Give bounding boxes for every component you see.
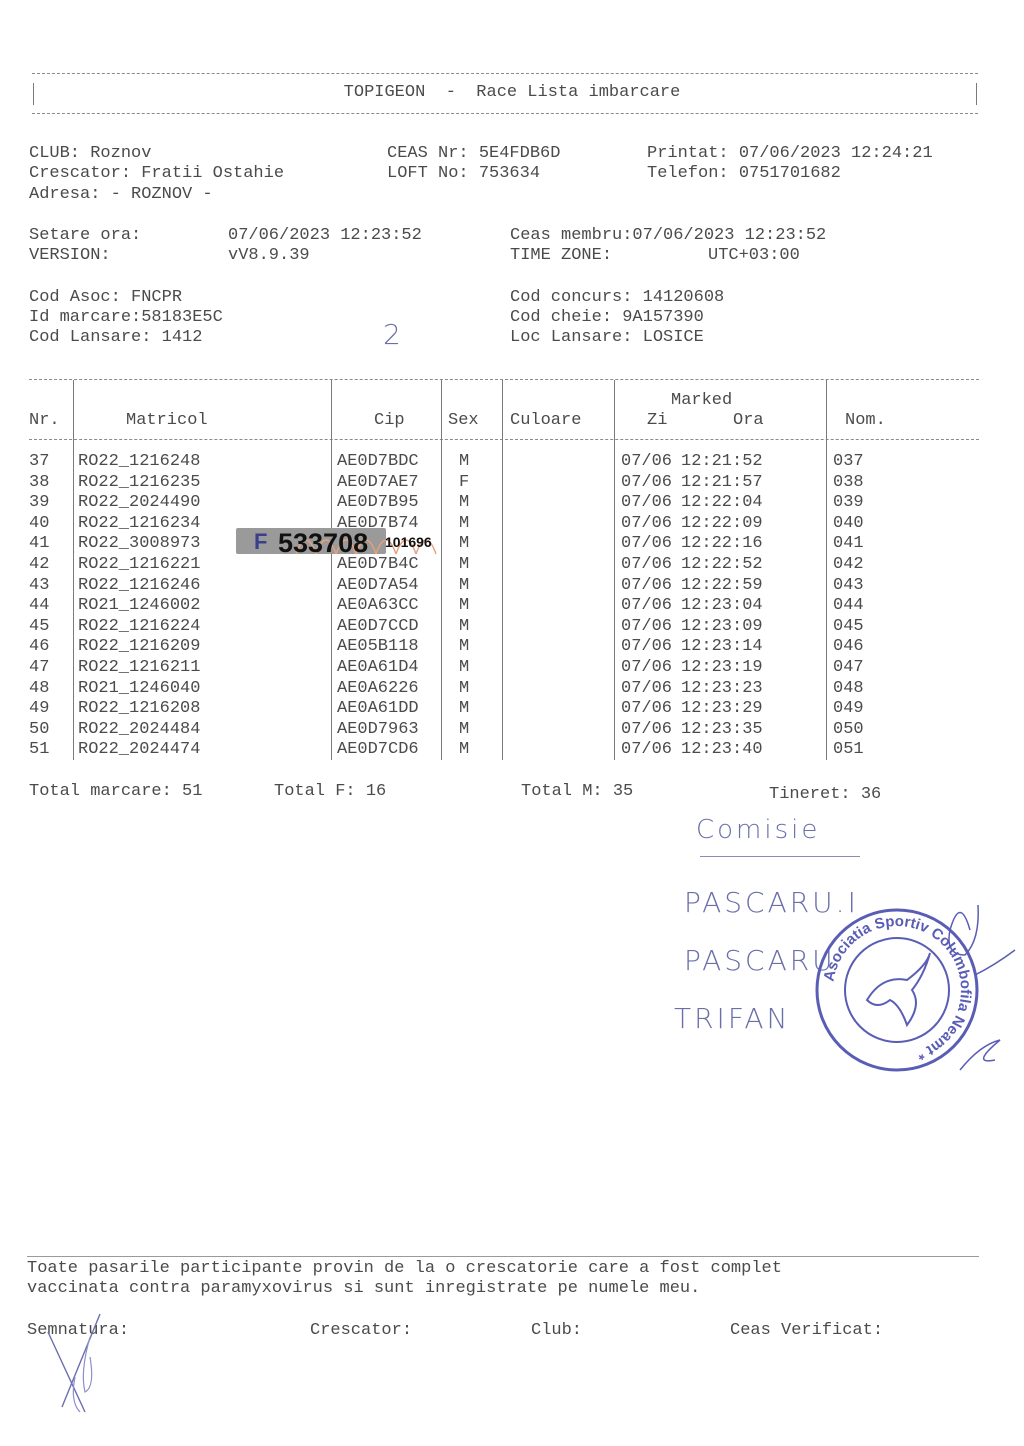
handwritten-mark: 2 bbox=[383, 318, 401, 351]
cod-asoc-label: Cod Asoc: FNCPR bbox=[29, 288, 182, 309]
cell-sex: M bbox=[459, 699, 469, 720]
cell-nr: 42 bbox=[29, 555, 49, 576]
cell-nr: 41 bbox=[29, 534, 49, 555]
cell-matricol: RO21_1246040 bbox=[78, 679, 200, 700]
cell-nom: 050 bbox=[833, 720, 864, 741]
cell-zi: 07/06 bbox=[621, 679, 672, 700]
crescator-label: Crescator: Fratii Ostahie bbox=[29, 164, 284, 185]
document-title: TOPIGEON - Race Lista imbarcare bbox=[0, 83, 1024, 104]
cell-nr: 44 bbox=[29, 596, 49, 617]
cell-cip: AE0D7BDC bbox=[337, 452, 419, 473]
statement-line-1: Toate pasarile participante provin de la… bbox=[27, 1259, 782, 1280]
cell-sex: M bbox=[459, 514, 469, 535]
ceas-nr-label: CEAS Nr: 5E4FDB6D bbox=[387, 144, 560, 165]
cell-ora: 12:22:16 bbox=[681, 534, 763, 555]
loft-no-label: LOFT No: 753634 bbox=[387, 164, 540, 185]
cell-cip: AE0D7963 bbox=[337, 720, 419, 741]
cell-zi: 07/06 bbox=[621, 452, 672, 473]
cell-nr: 51 bbox=[29, 740, 49, 761]
race-ring-sticker: F 533708 101696 bbox=[236, 526, 448, 558]
cell-matricol: RO22_2024484 bbox=[78, 720, 200, 741]
sticker-small-number: 101696 bbox=[385, 534, 432, 550]
cell-matricol: RO22_1216246 bbox=[78, 576, 200, 597]
cell-sex: M bbox=[459, 534, 469, 555]
cell-nom: 041 bbox=[833, 534, 864, 555]
cell-nom: 039 bbox=[833, 493, 864, 514]
cod-lansare-label: Cod Lansare: 1412 bbox=[29, 328, 202, 349]
cell-zi: 07/06 bbox=[621, 493, 672, 514]
cell-ora: 12:22:04 bbox=[681, 493, 763, 514]
cod-concurs-label: Cod concurs: 14120608 bbox=[510, 288, 724, 309]
cell-matricol: RO22_1216248 bbox=[78, 452, 200, 473]
ceas-membru-label: Ceas membru:07/06/2023 12:23:52 bbox=[510, 226, 826, 247]
cell-ora: 12:21:52 bbox=[681, 452, 763, 473]
cell-cip: AE0A61DD bbox=[337, 699, 419, 720]
header-cip: Cip bbox=[374, 411, 405, 432]
cell-cip: AE0A61D4 bbox=[337, 658, 419, 679]
cell-zi: 07/06 bbox=[621, 596, 672, 617]
cell-nom: 047 bbox=[833, 658, 864, 679]
title-box-top-border bbox=[32, 73, 978, 74]
cell-zi: 07/06 bbox=[621, 514, 672, 535]
loc-lansare-label: Loc Lansare: LOSICE bbox=[510, 328, 704, 349]
cell-ora: 12:22:59 bbox=[681, 576, 763, 597]
cell-matricol: RO21_1246002 bbox=[78, 596, 200, 617]
cell-sex: M bbox=[459, 555, 469, 576]
time-zone-value: UTC+03:00 bbox=[708, 246, 800, 267]
cell-sex: M bbox=[459, 740, 469, 761]
cell-nom: 042 bbox=[833, 555, 864, 576]
cell-ora: 12:23:19 bbox=[681, 658, 763, 679]
cell-zi: 07/06 bbox=[621, 720, 672, 741]
cell-ora: 12:23:14 bbox=[681, 637, 763, 658]
cell-zi: 07/06 bbox=[621, 617, 672, 638]
cell-ora: 12:23:04 bbox=[681, 596, 763, 617]
header-matricol: Matricol bbox=[126, 411, 208, 432]
cell-matricol: RO22_1216209 bbox=[78, 637, 200, 658]
column-divider-cip bbox=[441, 380, 442, 760]
cell-matricol: RO22_1216234 bbox=[78, 514, 200, 535]
cell-cip: AE0A63CC bbox=[337, 596, 419, 617]
cell-sex: M bbox=[459, 452, 469, 473]
total-m: Total M: 35 bbox=[521, 782, 633, 803]
cell-nr: 47 bbox=[29, 658, 49, 679]
id-marcare-label: Id marcare:58183E5C bbox=[29, 308, 223, 329]
cell-nr: 40 bbox=[29, 514, 49, 535]
cell-cip: AE0D7CCD bbox=[337, 617, 419, 638]
footer-divider bbox=[27, 1256, 979, 1257]
cell-sex: M bbox=[459, 596, 469, 617]
statement-line-2: vaccinata contra paramyxovirus si sunt i… bbox=[27, 1279, 700, 1300]
crescator-signature-label: Crescator: bbox=[310, 1321, 412, 1342]
header-marked: Marked bbox=[671, 391, 732, 412]
adresa-label: Adresa: - ROZNOV - bbox=[29, 185, 213, 206]
cell-sex: M bbox=[459, 493, 469, 514]
setare-ora-value: 07/06/2023 12:23:52 bbox=[228, 226, 422, 247]
cell-matricol: RO22_1216208 bbox=[78, 699, 200, 720]
cell-nr: 49 bbox=[29, 699, 49, 720]
club-signature-label: Club: bbox=[531, 1321, 582, 1342]
cell-sex: M bbox=[459, 658, 469, 679]
setare-ora-label: Setare ora: bbox=[29, 226, 141, 247]
cell-nr: 39 bbox=[29, 493, 49, 514]
cell-zi: 07/06 bbox=[621, 740, 672, 761]
header-ora: Ora bbox=[733, 411, 764, 432]
cell-zi: 07/06 bbox=[621, 576, 672, 597]
cell-ora: 12:22:09 bbox=[681, 514, 763, 535]
cell-nr: 46 bbox=[29, 637, 49, 658]
commission-heading: Comisie bbox=[696, 815, 820, 845]
cell-nom: 038 bbox=[833, 473, 864, 494]
cell-nom: 049 bbox=[833, 699, 864, 720]
header-zi: Zi bbox=[647, 411, 667, 432]
time-zone-label: TIME ZONE: bbox=[510, 246, 612, 267]
header-sex: Sex bbox=[448, 411, 479, 432]
cell-matricol: RO22_3008973 bbox=[78, 534, 200, 555]
cell-zi: 07/06 bbox=[621, 658, 672, 679]
tineret: Tineret: 36 bbox=[769, 785, 881, 806]
cell-matricol: RO22_2024490 bbox=[78, 493, 200, 514]
cell-sex: F bbox=[459, 473, 469, 494]
cell-matricol: RO22_2024474 bbox=[78, 740, 200, 761]
header-nom: Nom. bbox=[845, 411, 886, 432]
table-header-top-border bbox=[29, 379, 979, 380]
cell-cip: AE0D7A54 bbox=[337, 576, 419, 597]
column-divider-sex bbox=[502, 380, 503, 760]
printat-label: Printat: 07/06/2023 12:24:21 bbox=[647, 144, 933, 165]
commission-underline bbox=[700, 856, 860, 857]
header-culoare: Culoare bbox=[510, 411, 581, 432]
cell-zi: 07/06 bbox=[621, 555, 672, 576]
cell-nr: 37 bbox=[29, 452, 49, 473]
table-header-bottom-border bbox=[29, 439, 979, 440]
cell-matricol: RO22_1216221 bbox=[78, 555, 200, 576]
cell-ora: 12:23:40 bbox=[681, 740, 763, 761]
cell-ora: 12:23:35 bbox=[681, 720, 763, 741]
cell-matricol: RO22_1216235 bbox=[78, 473, 200, 494]
sticker-number: 533708 bbox=[278, 528, 368, 559]
column-divider-culoare bbox=[614, 380, 615, 760]
cell-sex: M bbox=[459, 679, 469, 700]
cell-ora: 12:23:29 bbox=[681, 699, 763, 720]
cell-nom: 048 bbox=[833, 679, 864, 700]
commission-name-3: TRIFAN bbox=[674, 1002, 790, 1035]
cell-cip: AE0A6226 bbox=[337, 679, 419, 700]
cell-nr: 45 bbox=[29, 617, 49, 638]
cell-zi: 07/06 bbox=[621, 534, 672, 555]
total-marcare: Total marcare: 51 bbox=[29, 782, 202, 803]
cell-nom: 037 bbox=[833, 452, 864, 473]
header-nr: Nr. bbox=[29, 411, 60, 432]
total-f: Total F: 16 bbox=[274, 782, 386, 803]
cell-nom: 046 bbox=[833, 637, 864, 658]
cell-sex: M bbox=[459, 576, 469, 597]
cell-nr: 38 bbox=[29, 473, 49, 494]
cell-sex: M bbox=[459, 637, 469, 658]
cell-zi: 07/06 bbox=[621, 637, 672, 658]
cell-nr: 50 bbox=[29, 720, 49, 741]
sticker-prefix: F bbox=[254, 529, 267, 555]
cell-ora: 12:22:52 bbox=[681, 555, 763, 576]
cell-ora: 12:21:57 bbox=[681, 473, 763, 494]
cell-sex: M bbox=[459, 720, 469, 741]
column-divider-marked bbox=[826, 380, 827, 760]
club-label: CLUB: Roznov bbox=[29, 144, 151, 165]
cell-nom: 040 bbox=[833, 514, 864, 535]
cell-sex: M bbox=[459, 617, 469, 638]
cod-cheie-label: Cod cheie: 9A157390 bbox=[510, 308, 704, 329]
cell-nom: 051 bbox=[833, 740, 864, 761]
cell-nr: 43 bbox=[29, 576, 49, 597]
cell-nom: 043 bbox=[833, 576, 864, 597]
cell-cip: AE05B118 bbox=[337, 637, 419, 658]
cell-zi: 07/06 bbox=[621, 473, 672, 494]
breeder-signature bbox=[40, 1312, 110, 1422]
version-value: vV8.9.39 bbox=[228, 246, 310, 267]
title-box-bottom-border bbox=[32, 113, 978, 114]
cell-matricol: RO22_1216211 bbox=[78, 658, 200, 679]
cell-zi: 07/06 bbox=[621, 699, 672, 720]
cell-cip: AE0D7AE7 bbox=[337, 473, 419, 494]
version-label: VERSION: bbox=[29, 246, 111, 267]
cell-nom: 045 bbox=[833, 617, 864, 638]
cell-cip: AE0D7CD6 bbox=[337, 740, 419, 761]
column-divider-matricol bbox=[331, 380, 332, 760]
cell-nr: 48 bbox=[29, 679, 49, 700]
ceas-verificat-label: Ceas Verificat: bbox=[730, 1321, 883, 1342]
cell-matricol: RO22_1216224 bbox=[78, 617, 200, 638]
cell-ora: 12:23:09 bbox=[681, 617, 763, 638]
telefon-label: Telefon: 0751701682 bbox=[647, 164, 841, 185]
column-divider-nr bbox=[73, 380, 74, 760]
cell-cip: AE0D7B95 bbox=[337, 493, 419, 514]
cell-nom: 044 bbox=[833, 596, 864, 617]
commission-signature-scribbles bbox=[900, 900, 1020, 1080]
cell-ora: 12:23:23 bbox=[681, 679, 763, 700]
